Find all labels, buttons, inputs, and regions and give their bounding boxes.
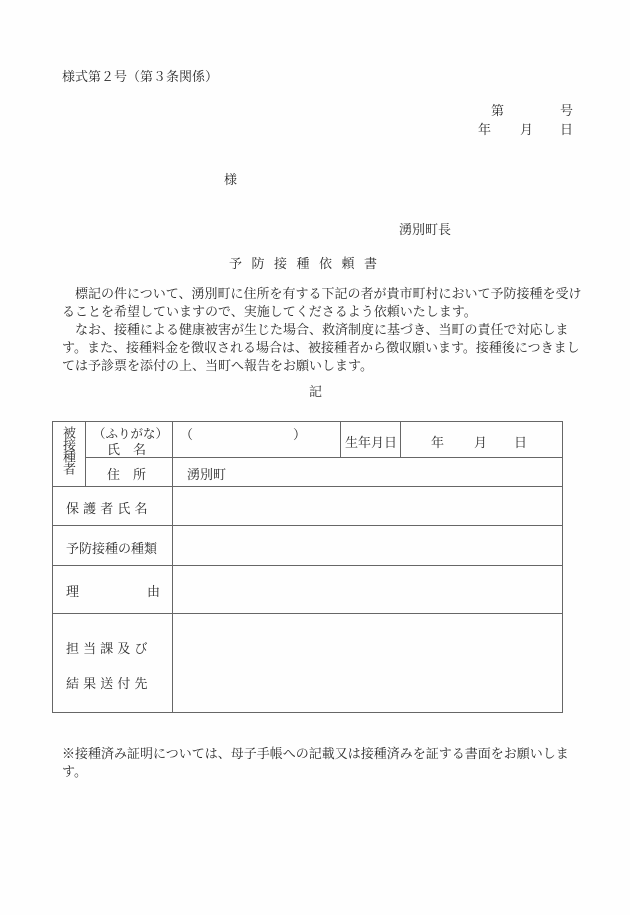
divider — [53, 565, 562, 566]
birthdate-label: 生年月日 — [345, 432, 397, 451]
date-day: 日 — [560, 119, 573, 138]
divider — [172, 422, 173, 712]
number-suffix: 号 — [560, 100, 573, 119]
divider — [53, 613, 562, 614]
birth-day-label: 日 — [514, 432, 527, 451]
furigana-open-paren: （ — [180, 424, 193, 443]
name-label: 氏 名 — [107, 439, 146, 458]
reason-label-start: 理 — [66, 581, 79, 600]
divider — [85, 422, 86, 486]
divider — [53, 525, 562, 526]
furigana-close-paren: ） — [293, 424, 306, 443]
result-recipient-label: 結 果 送 付 先 — [66, 673, 148, 692]
reason-label-end: 由 — [147, 581, 160, 600]
birth-month-label: 月 — [474, 432, 487, 451]
ki-heading: 記 — [309, 381, 322, 400]
date-year: 年 — [478, 119, 491, 138]
sender: 湧別町長 — [399, 219, 451, 238]
addressee: 様 — [224, 169, 237, 188]
vaccinee-group-label: 被接種者 — [61, 426, 74, 474]
document-title: 予防接種依頼書 — [229, 253, 387, 272]
divider — [53, 486, 562, 487]
birth-year-label: 年 — [431, 432, 444, 451]
body-text: 標記の件について、湧別町に住所を有する下記の者が貴市町村において予防接種を受ける… — [62, 286, 582, 376]
number-prefix: 第 — [491, 100, 504, 119]
guardian-name-label: 保 護 者 氏 名 — [66, 498, 148, 517]
vaccine-type-label: 予防接種の種類 — [66, 538, 157, 557]
paragraph-notes: なお、接種による健康被害が生じた場合、救済制度に基づき、当町の責任で対応します。… — [62, 322, 582, 376]
address-value: 湧別町 — [187, 464, 226, 483]
footnote: ※接種済み証明については、母子手帳への記載又は接種済みを証する書面をお願いします… — [62, 746, 582, 782]
date-month: 月 — [520, 119, 533, 138]
paragraph-request: 標記の件について、湧別町に住所を有する下記の者が貴市町村において予防接種を受ける… — [62, 286, 582, 322]
department-label: 担 当 課 及 び — [66, 638, 148, 657]
divider — [85, 457, 562, 458]
address-label: 住 所 — [107, 464, 146, 483]
form-number: 様式第２号（第３条関係） — [62, 66, 218, 85]
vaccination-request-table: 被接種者 （ふりがな） 氏 名 （ ） 生年月日 年 月 日 住 所 湧別町 保… — [52, 421, 563, 713]
divider — [340, 422, 341, 457]
divider — [400, 422, 401, 457]
